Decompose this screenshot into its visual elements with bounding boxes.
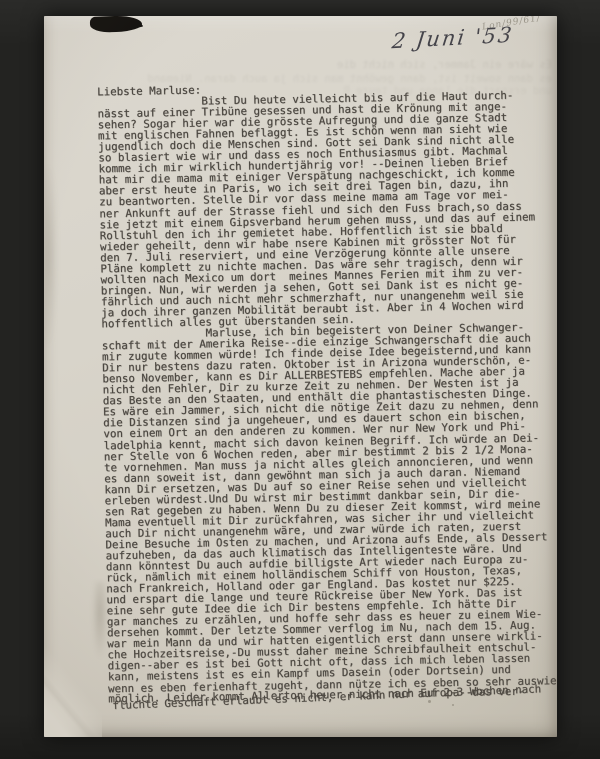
letter-page: Lon/99/61/ 2 Juni '53 Es wäre ein Jammer…	[44, 16, 557, 737]
paper-speck	[452, 704, 454, 706]
letter-body: Liebste Marluse: Bist Du heute vielleich…	[97, 78, 557, 715]
bleed-through-text: Es wäre ein Jammer, sich nicht die nötig…	[334, 60, 552, 72]
letter-lines: Bist Du heute vielleicht bis auf die Hau…	[97, 89, 557, 715]
paper-speck	[428, 700, 431, 703]
handwritten-date: 2 Juni '53	[391, 23, 515, 54]
ink-blotch	[90, 16, 143, 33]
paper-corner-fold	[44, 645, 102, 737]
paper-edge-smudge	[44, 166, 58, 346]
